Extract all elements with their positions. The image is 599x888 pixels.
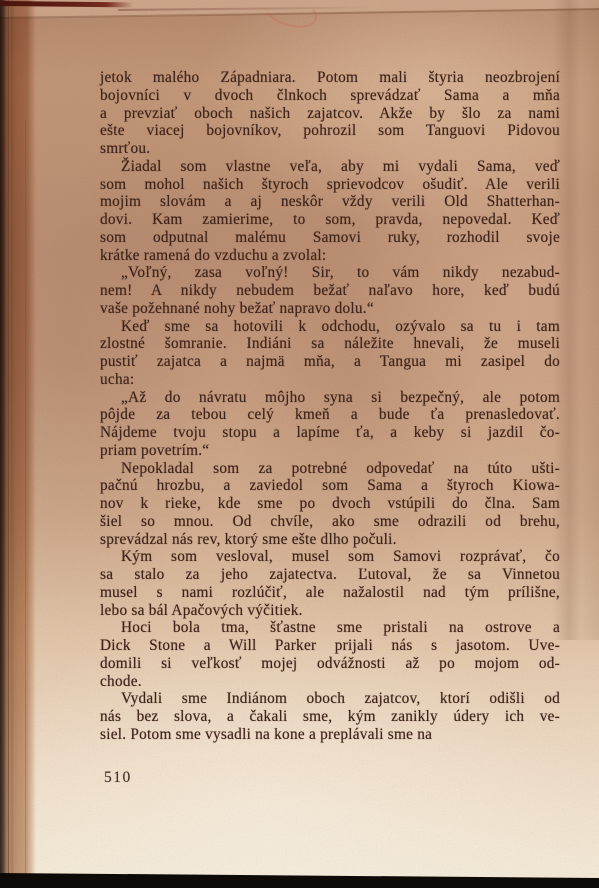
scanned-book-page-photo: jetok malého Západniara. Potom mali štyr…	[0, 0, 599, 888]
paper-grain-texture	[0, 0, 599, 888]
